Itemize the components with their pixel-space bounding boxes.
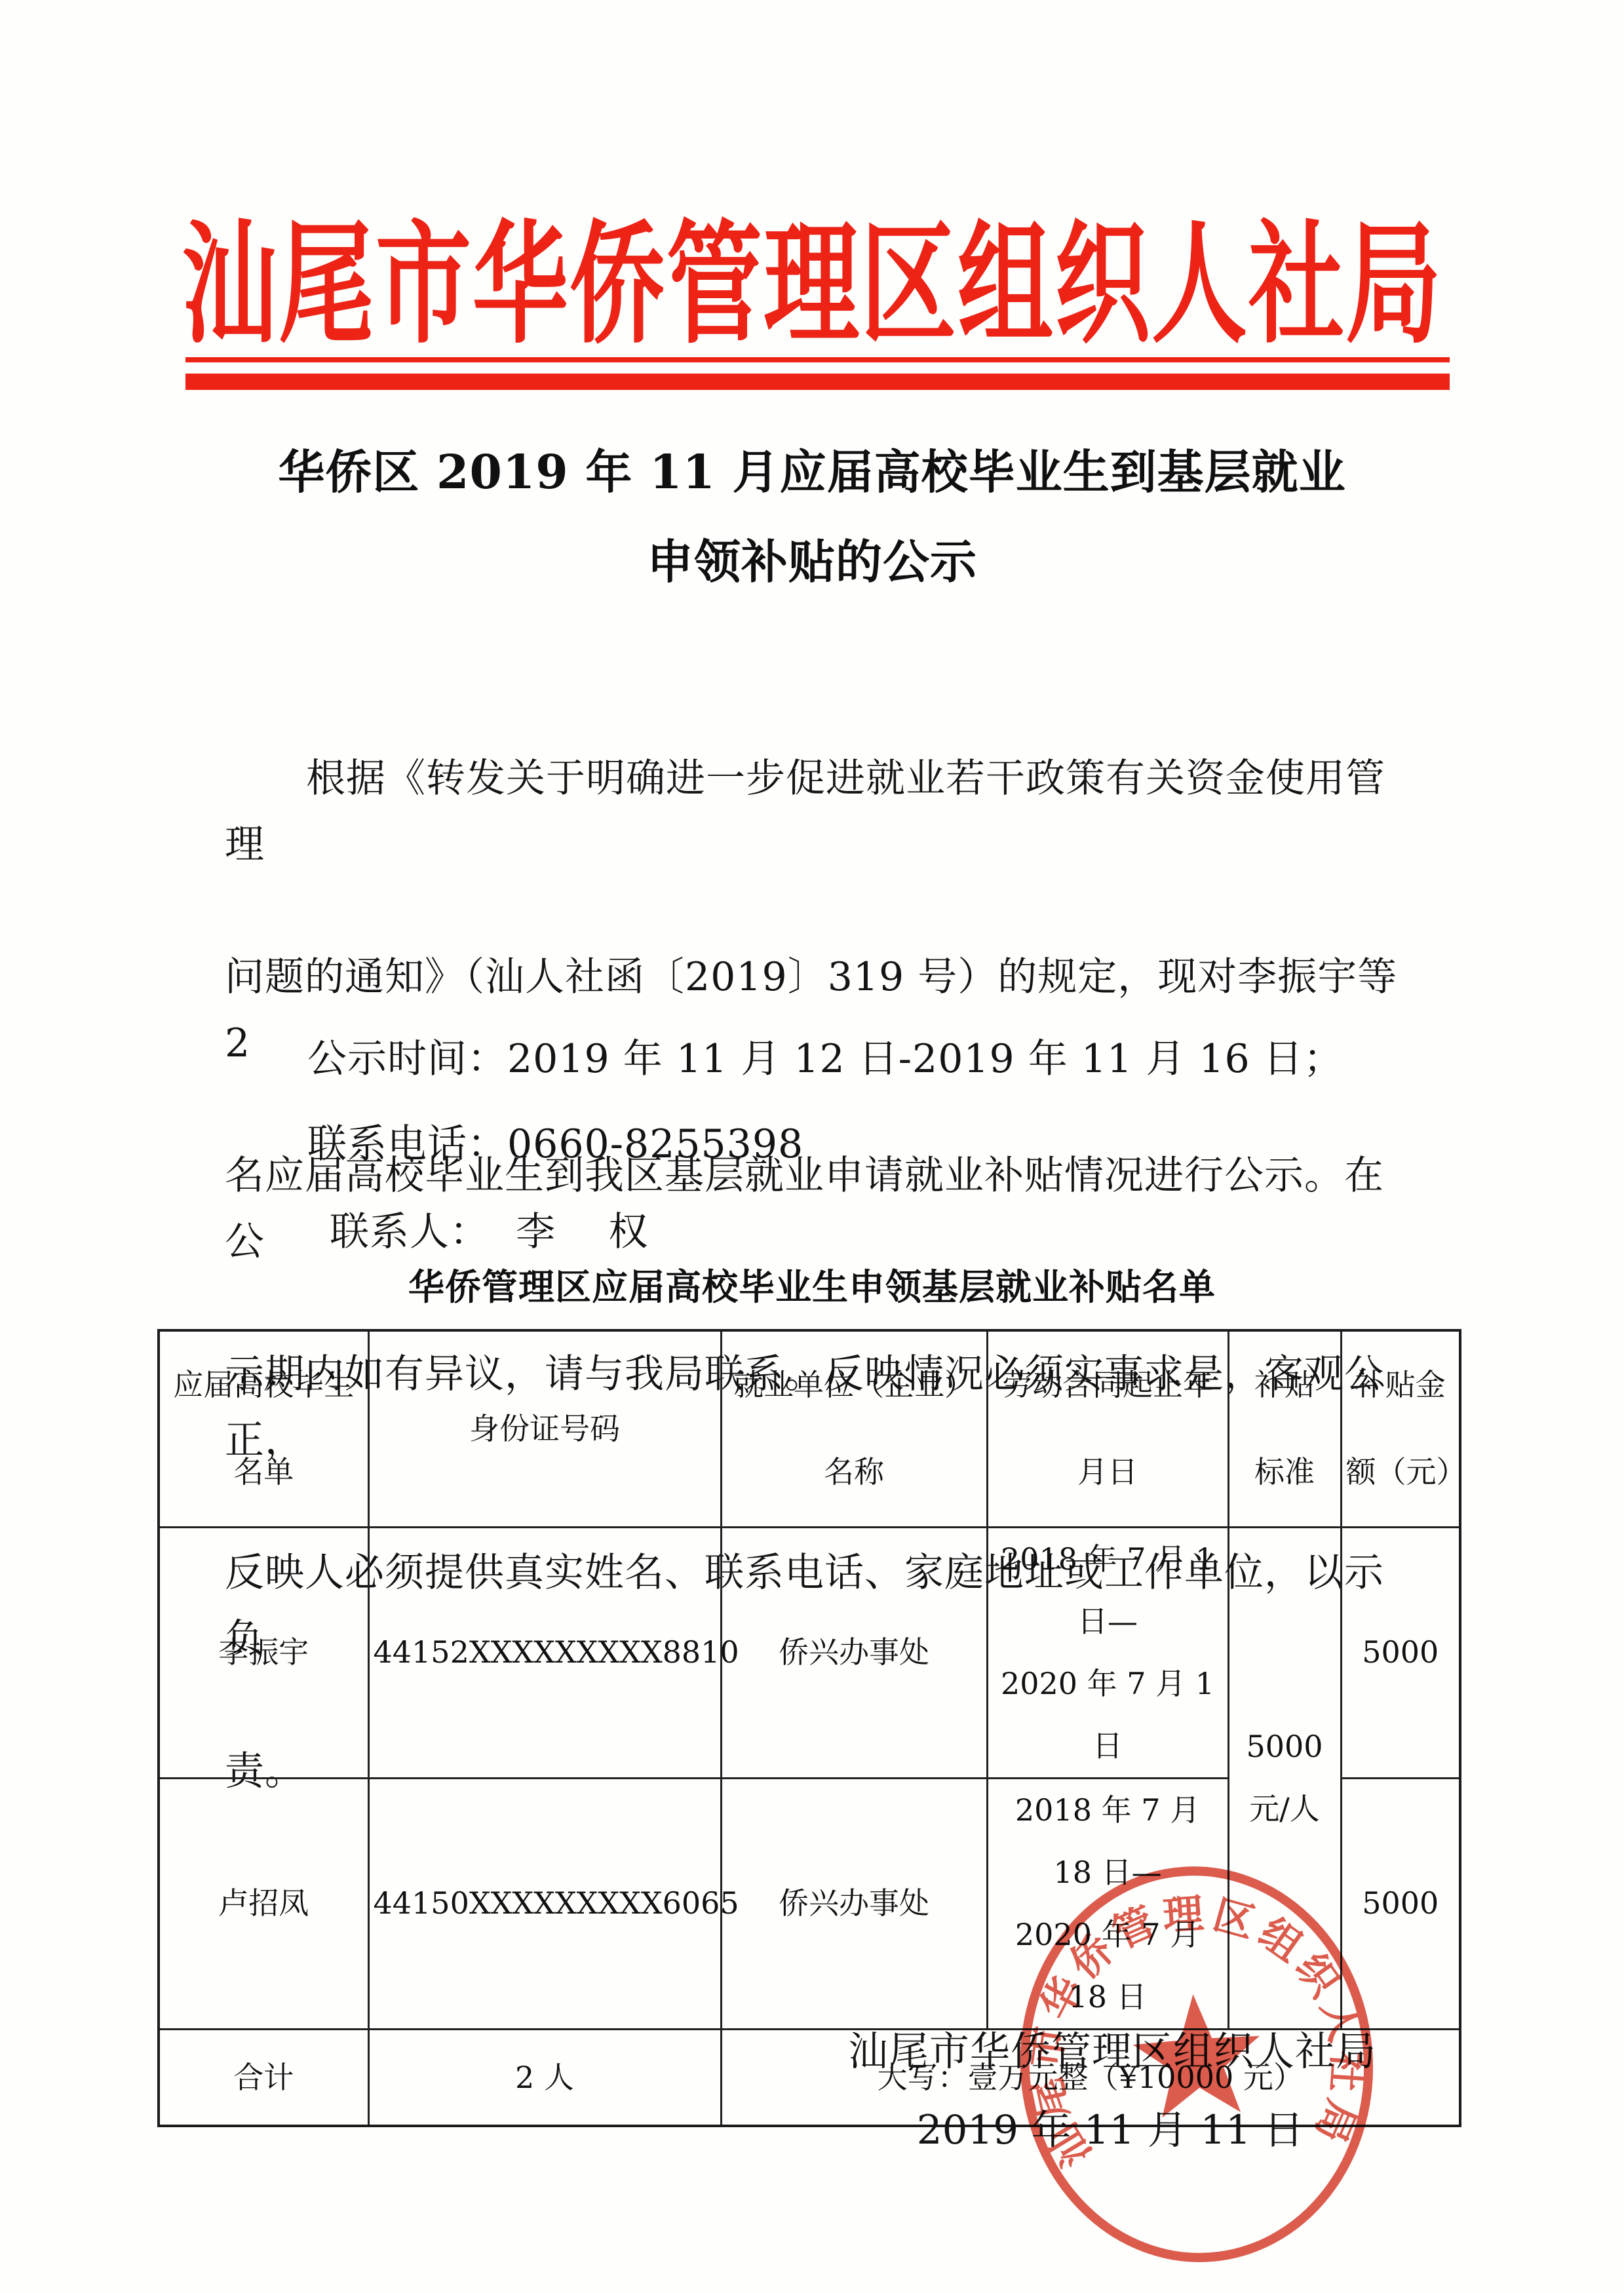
header-amount: 补贴金 额（元） [1341,1330,1460,1527]
table-caption: 华侨管理区应届高校毕业生申领基层就业补贴名单 [0,1258,1624,1310]
header-contract: 劳动合同起止年 月日 [987,1330,1228,1527]
cell-contract: 2018 年 7 月 1 日— 2020 年 7 月 1 日 [987,1527,1228,1778]
header-employer: 就业单位（企业） 名称 [721,1330,987,1527]
notice-period-line: 公示时间：2019 年 11 月 12 日-2019 年 11 月 16 日； [225,1028,1404,1084]
letterhead-title: 汕尾市华侨管理区组织人社局 [0,178,1624,368]
contact-phone-line: 联系电话：0660-8255398 [225,1113,1404,1169]
official-seal-stamp: 汕尾市华侨管理区组织人社局 [993,1849,1401,2284]
seal-star-icon [1130,1990,1265,2119]
total-count-cell: 2 人 [368,2029,721,2126]
header-standard: 补贴 标准 [1228,1330,1341,1527]
notice-title-line1: 华侨区 2019 年 11 月应届高校毕业生到基层就业 [0,427,1624,517]
cell-employer: 侨兴办事处 [721,1778,987,2029]
cell-name: 卢招凤 [159,1778,368,2029]
header-graduate-name: 应届高校毕生 名单 [159,1330,368,1527]
red-rule-thin [185,357,1450,362]
notice-title-line2: 申领补贴的公示 [0,517,1624,607]
body-line: 问题的通知》（汕人社函〔2019〕319 号）的规定，现对李振宇等 2 [225,944,1404,1011]
contact-person-line: 联系人： 李 权 [225,1201,1404,1257]
total-label-cell: 合计 [159,2029,368,2126]
body-line: 根据《转发关于明确进一步促进就业若干政策有关资金使用管理 [225,746,1404,812]
cell-employer: 侨兴办事处 [721,1527,987,1778]
cell-id: 44152XXXXXXXXX8810 [368,1527,721,1778]
header-id-number: 身份证号码 [368,1330,721,1527]
table-row: 李振宇 44152XXXXXXXXX8810 侨兴办事处 2018 年 7 月 … [159,1527,1460,1778]
red-rule-thick [185,374,1450,390]
cell-id: 44150XXXXXXXXX6065 [368,1778,721,2029]
notice-title: 华侨区 2019 年 11 月应届高校毕业生到基层就业 申领补贴的公示 [0,427,1624,607]
document-page: 汕尾市华侨管理区组织人社局 华侨区 2019 年 11 月应届高校毕业生到基层就… [0,0,1624,2293]
table-header-row: 应届高校毕生 名单 身份证号码 就业单位（企业） 名称 劳动合同起止年 月日 补… [159,1330,1460,1527]
cell-name: 李振宇 [159,1527,368,1778]
cell-amount: 5000 [1341,1527,1460,1778]
